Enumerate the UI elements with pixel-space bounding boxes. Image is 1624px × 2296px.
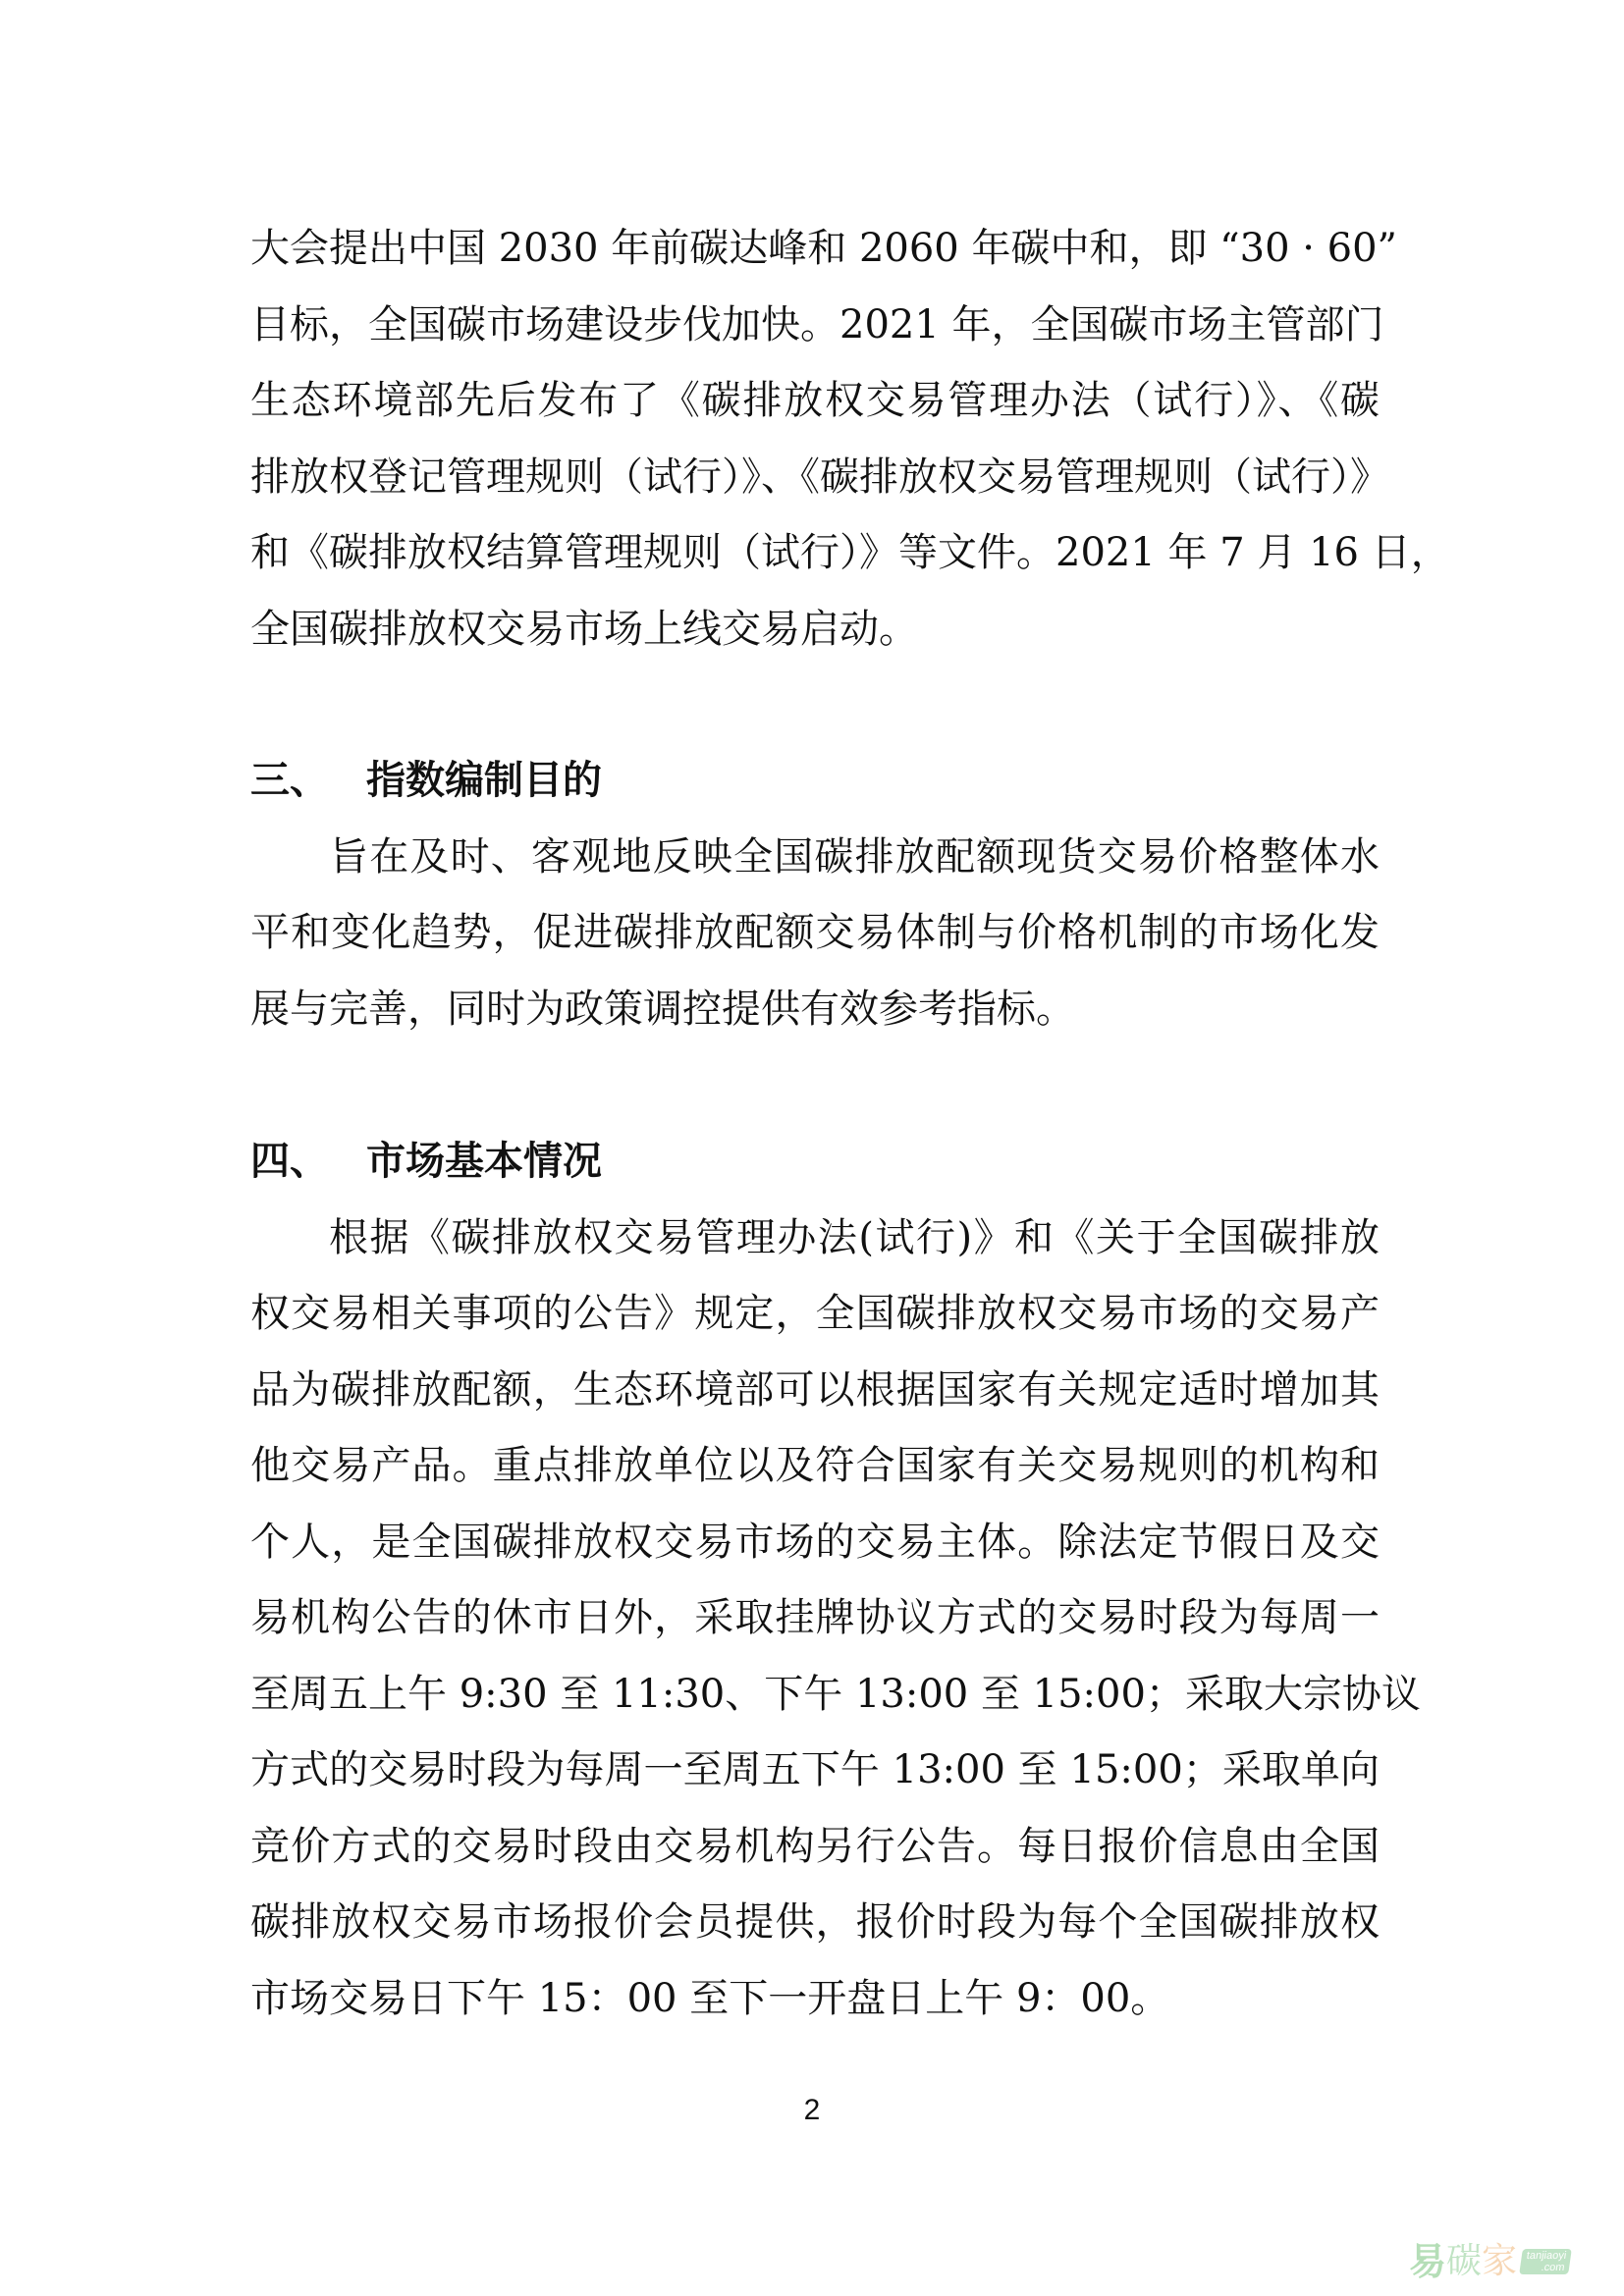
- paragraph-line: 方式的交易时段为每周一至周五下午 13:00 至 15:00；采取单向: [250, 1740, 1380, 1799]
- section-title: 指数编制目的: [366, 758, 602, 803]
- paragraph-line: 竞价方式的交易时段由交易机构另行公告。每日报价信息由全国: [250, 1817, 1380, 1876]
- paragraph-line: 全国碳排放权交易市场上线交易启动。: [250, 600, 1380, 659]
- paragraph-line: 平和变化趋势，促进碳排放配额交易体制与价格机制的市场化发: [250, 903, 1380, 962]
- paragraph-line: 展与完善，同时为政策调控提供有效参考指标。: [250, 980, 1380, 1039]
- paragraph-line: 至周五上午 9:30 至 11:30、下午 13:00 至 15:00；采取大宗…: [250, 1665, 1380, 1724]
- section-title: 市场基本情况: [366, 1139, 602, 1184]
- paragraph-line: 和《碳排放权结算管理规则（试行）》等文件。2021 年 7 月 16 日，: [250, 523, 1380, 582]
- watermark-char: 碳: [1446, 2240, 1482, 2283]
- paragraph-line: 旨在及时、客观地反映全国碳排放配额现货交易价格整体水: [329, 828, 1380, 886]
- paragraph-line: 碳排放权交易市场报价会员提供，报价时段为每个全国碳排放权: [250, 1893, 1380, 1951]
- section-number: 四、: [250, 1132, 366, 1191]
- watermark-char: 家: [1482, 2240, 1517, 2283]
- document-page: 大会提出中国 2030 年前碳达峰和 2060 年碳中和，即 “30 · 60”…: [0, 0, 1624, 2296]
- paragraph-line: 生态环境部先后发布了《碳排放权交易管理办法（试行）》、《碳: [250, 371, 1380, 430]
- section-heading-3: 三、指数编制目的: [250, 751, 602, 810]
- paragraph-line: 排放权登记管理规则（试行）》、《碳排放权交易管理规则（试行）》: [250, 448, 1380, 507]
- paragraph-line: 根据《碳排放权交易管理办法(试行)》和《关于全国碳排放: [329, 1208, 1380, 1267]
- paragraph-line: 大会提出中国 2030 年前碳达峰和 2060 年碳中和，即 “30 · 60”: [250, 219, 1380, 278]
- watermark-domain-badge: tanjiaoyi .com: [1519, 2249, 1572, 2274]
- watermark-domain: tanjiaoyi: [1526, 2250, 1567, 2262]
- paragraph-line: 品为碳排放配额，生态环境部可以根据国家有关规定适时增加其: [250, 1361, 1380, 1419]
- page-number: 2: [797, 2091, 827, 2130]
- watermark-char: 易: [1409, 2240, 1446, 2283]
- paragraph-line: 易机构公告的休市日外，采取挂牌协议方式的交易时段为每周一: [250, 1588, 1380, 1647]
- section-number: 三、: [250, 751, 366, 810]
- paragraph-line: 他交易产品。重点排放单位以及符合国家有关交易规则的机构和: [250, 1436, 1380, 1495]
- paragraph-line: 目标，全国碳市场建设步伐加快。2021 年，全国碳市场主管部门: [250, 295, 1380, 354]
- paragraph-line: 市场交易日下午 15：00 至下一开盘日上午 9：00。: [250, 1969, 1380, 2028]
- watermark-logo: 易 碳 家 tanjiaoyi .com: [1409, 2240, 1570, 2283]
- paragraph-line: 权交易相关事项的公告》规定，全国碳排放权交易市场的交易产: [250, 1284, 1380, 1343]
- paragraph-line: 个人，是全国碳排放权交易市场的交易主体。除法定节假日及交: [250, 1513, 1380, 1572]
- section-heading-4: 四、市场基本情况: [250, 1132, 602, 1191]
- watermark-tld: .com: [1524, 2262, 1565, 2273]
